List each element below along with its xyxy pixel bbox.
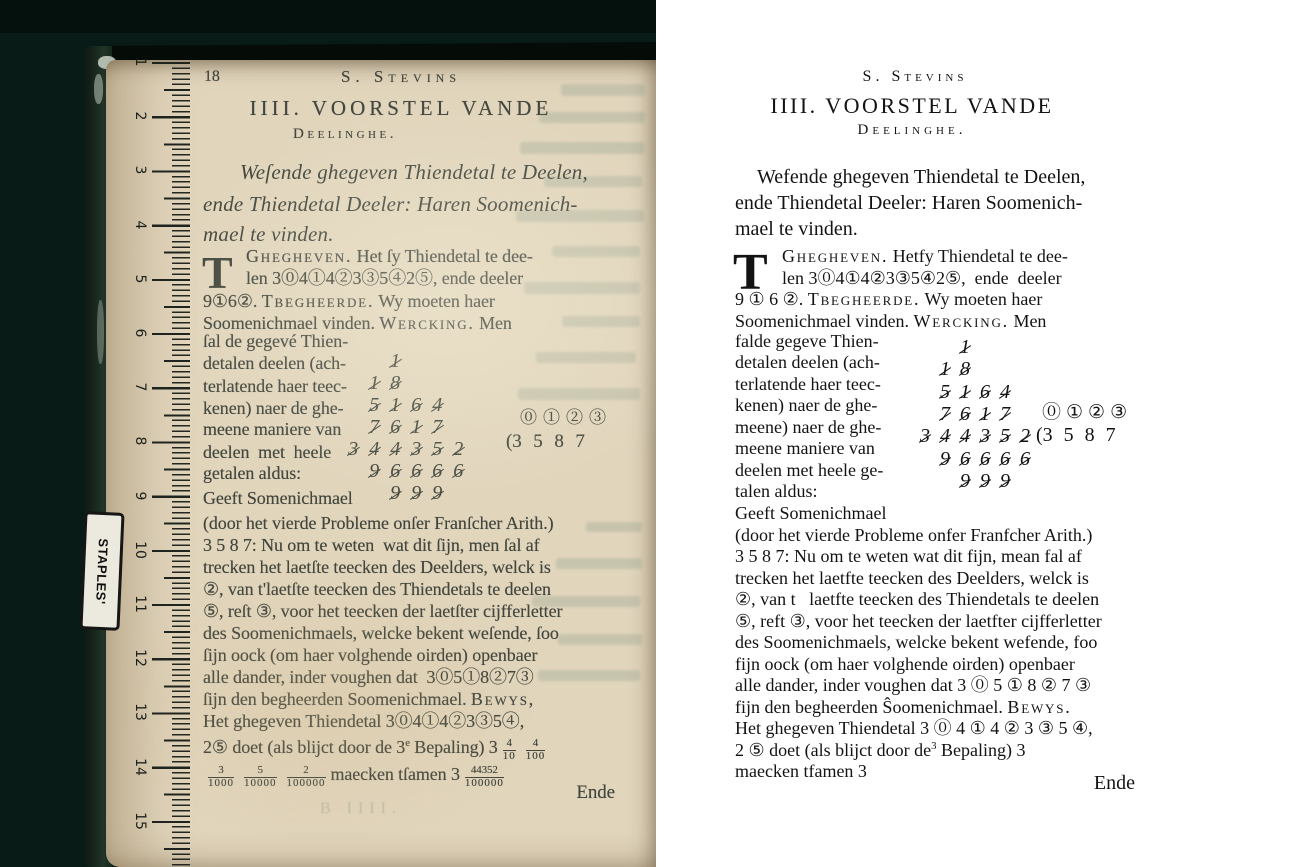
body-line: (door het vierde Probleme onfer Franfche… (735, 525, 1092, 546)
fraction: 4100 (526, 738, 546, 762)
division-row: 7 6 1 7 (920, 403, 1010, 426)
ruler-number: 13 (132, 702, 148, 722)
bleedthrough-mark (520, 142, 644, 154)
catchword-ende: Ende (203, 782, 615, 804)
body-line: 9①6②. Tbegheerde. Wy moeten haer (203, 291, 495, 312)
body-line: fijn oock (om haer volghende oirden) ope… (735, 654, 1075, 675)
ruler-number: 4 (132, 215, 148, 235)
body-line: des Soomenichmaels, welcke bekent weſend… (203, 623, 559, 644)
ruler-number: 10 (132, 540, 148, 560)
bleedthrough-mark (524, 282, 640, 294)
book-photo: B IIII. 18 S. Stevins IIII. VOORSTEL VAN… (0, 0, 656, 867)
transcription-panel: S. Stevins IIII. VOORSTEL VANDE Deelingh… (656, 0, 1300, 867)
narrow-line: detalen deelen (ach- (735, 352, 880, 373)
proposition-line: Wefende ghegeven Thiendetal te Deelen, (757, 166, 1085, 189)
body-line: 2 ⑤ doet (als blijct door de3 Bepaling) … (735, 740, 1025, 761)
running-head: S. Stevins (216, 67, 586, 87)
division-row: 5 1 6 4 (920, 381, 1010, 404)
staples-sticker-label: STAPLES' (79, 511, 124, 631)
body-line: des Soomenichmaels, welcke bekent wefend… (735, 632, 1097, 653)
ruler-number: 6 (132, 323, 148, 343)
ruler-number: 15 (132, 811, 148, 831)
catchword-ende: Ende (735, 772, 1135, 795)
narrow-line: kenen) naer de ghe- (203, 398, 344, 419)
body-line: Het ghegeven Thiendetal 3⓪4①4②3③5④, (203, 711, 524, 732)
body-line: Ghegheven. Hetfy Thiendetal te dee- (782, 246, 1068, 267)
body-line: 3 5 8 7: Nu om te weten wat dit fijn, me… (735, 546, 1082, 567)
proposition-line: ende Thiendetal Deeler: Haren Soomenich- (735, 192, 1082, 215)
narrow-line: ſal de gegevé Thien- (203, 331, 348, 352)
division-row: 9 6 6 6 6 (348, 460, 464, 483)
narrow-line: terlatende haer teec- (735, 374, 881, 395)
narrow-line: getalen aldus: (203, 463, 301, 484)
division-row: 1 8 (920, 358, 970, 381)
body-line: len 3⓪4①4②3③5④2⑤, ende deeler (782, 268, 1062, 289)
fraction-line: 2⑤ doet (als blijct door de 3e Bepaling)… (203, 737, 550, 763)
body-line: ſijn oock (om haer volghende oirden) ope… (203, 645, 537, 666)
proposition-line: mael te vinden. (203, 222, 334, 246)
narrow-line: kenen) naer de ghe- (735, 395, 877, 416)
narrow-line: meene maniere van (735, 438, 875, 459)
body-line: ②, van t'laetſte teecken des Thiendetals… (203, 579, 551, 600)
proposition-line: Weſende ghegeven Thiendetal te Deelen, (240, 160, 588, 184)
ruler-number: 7 (132, 377, 148, 397)
division-quotient: (3 5 8 7 (1036, 424, 1116, 447)
body-line: alle dander, inder voughen dat 3 ⓪ 5 ① 8… (735, 675, 1091, 696)
narrow-line: meene) naer de ghe- (735, 417, 881, 438)
body-line: Ghegheven. Het ſy Thiendetal te dee- (246, 246, 533, 267)
division-row: 7 6 1 7 (348, 416, 443, 439)
division-order-signs: ⓪①②③ (520, 408, 612, 428)
division-row: 3 4 4 3 5 2 (920, 425, 1030, 448)
ruler-number: 8 (132, 431, 148, 451)
bleedthrough-mark (518, 388, 640, 400)
body-line: fijn den begheerden Ŝoomenichmael. Bewys… (735, 697, 1070, 718)
fraction-line-text: maecken tſamen 3 (331, 764, 460, 784)
ruler-number: 5 (132, 269, 148, 289)
ruler-number: 12 (132, 648, 148, 668)
bleedthrough-mark (536, 352, 636, 363)
division-row: 1 (920, 336, 970, 359)
ruler-number: 3 (132, 160, 148, 180)
division-quotient: (3 5 8 7 (506, 431, 585, 453)
bleedthrough-mark (552, 246, 640, 257)
chapter-subtitle: Deelinghe. (712, 122, 1112, 139)
body-line: 3 5 8 7: Nu om te weten wat dit ſijn, me… (203, 535, 540, 556)
drop-cap: T (202, 250, 233, 296)
body-line: trecken het laetſte teecken des Deelders… (203, 557, 551, 578)
bleedthrough-mark (556, 558, 642, 569)
photo-background-seam (0, 0, 656, 33)
chapter-title: IIII. VOORSTEL VANDE (206, 96, 596, 120)
screenshot-root: B IIII. 18 S. Stevins IIII. VOORSTEL VAN… (0, 0, 1300, 867)
ruler-number: 9 (132, 486, 148, 506)
ruler-number: 14 (132, 757, 148, 777)
ruler-number: 1 (132, 52, 148, 72)
division-row: 9 9 9 (348, 482, 443, 505)
narrow-line: falde gegeve Thien- (735, 331, 879, 352)
proposition-line: ende Thiendetal Deeler: Haren Soomenich- (203, 192, 578, 216)
division-row: 5 1 6 4 (348, 394, 443, 417)
bleedthrough-mark (538, 670, 640, 681)
narrow-line: terlatende haer teec- (203, 376, 347, 397)
body-line: ②, van t laetfte teecken des Thiendetals… (735, 589, 1099, 610)
bleedthrough-mark (586, 522, 642, 532)
narrow-line: deelen met heele (203, 442, 331, 463)
body-line: ⑤, reft ③, voor het teecken der laetfter… (735, 611, 1102, 632)
body-line: Geeft Somenichmael (735, 503, 886, 524)
division-order-signs: ⓪①②③ (1042, 402, 1132, 424)
body-line: Soomenichmael vinden. Wercking. Men (735, 311, 1046, 332)
body-line: trecken het laetfte teecken des Deelders… (735, 568, 1089, 589)
narrow-line: detalen deelen (ach- (203, 353, 346, 374)
narrow-line: Geeft Somenichmael (203, 488, 353, 509)
staples-sticker: STAPLES' (79, 511, 124, 631)
narrow-line: deelen met heele ge- (735, 460, 883, 481)
body-line: alle dander, inder voughen dat 3⓪5①8②7③ (203, 667, 534, 688)
body-line: Het ghegeven Thiendetal 3 ⓪ 4 ① 4 ② 3 ③ … (735, 718, 1093, 739)
division-row: 3 4 4 3 5 2 (348, 438, 464, 461)
body-line: ⑤, reſt ③, voor het teecken der laetſter… (203, 601, 562, 622)
fraction: 410 (503, 738, 516, 762)
bleedthrough-mark (558, 634, 642, 645)
proposition-line: mael te vinden. (735, 218, 858, 241)
division-row: 9 9 9 (920, 470, 1010, 493)
ruler-number: 2 (132, 106, 148, 126)
body-line: 9 ① 6 ②. Tbegheerde. Wy moeten haer (735, 289, 1042, 310)
bleedthrough-mark (562, 316, 640, 327)
fraction-line-text: 2⑤ doet (als blijct door de 3e Bepaling)… (203, 737, 498, 757)
chapter-subtitle: Deelinghe. (150, 126, 540, 143)
cover-paint-chip (94, 74, 103, 104)
cover-paint-chip (97, 300, 104, 364)
body-line: ſijn den begheerden Soomenichmael. Bewys… (203, 689, 533, 710)
narrow-line: talen aldus: (735, 481, 817, 502)
chapter-title: IIII. VOORSTEL VANDE (712, 93, 1112, 118)
body-line: (door het vierde Probleme onſer Franſche… (203, 513, 554, 534)
division-row: 9 6 6 6 6 (920, 448, 1030, 471)
running-head: S. Stevins (735, 68, 1095, 86)
division-row: 1 8 (348, 372, 401, 395)
body-line: len 3⓪4①4②3③5④2⑤, ende deeler (246, 268, 523, 289)
ruler-number: 11 (132, 594, 148, 614)
narrow-line: meene maniere van (203, 419, 341, 440)
ruler: 1 2 3 4 5 6 7 8 9 10 11 12 13 14 15 (152, 62, 190, 867)
division-row: 1 (348, 350, 401, 373)
